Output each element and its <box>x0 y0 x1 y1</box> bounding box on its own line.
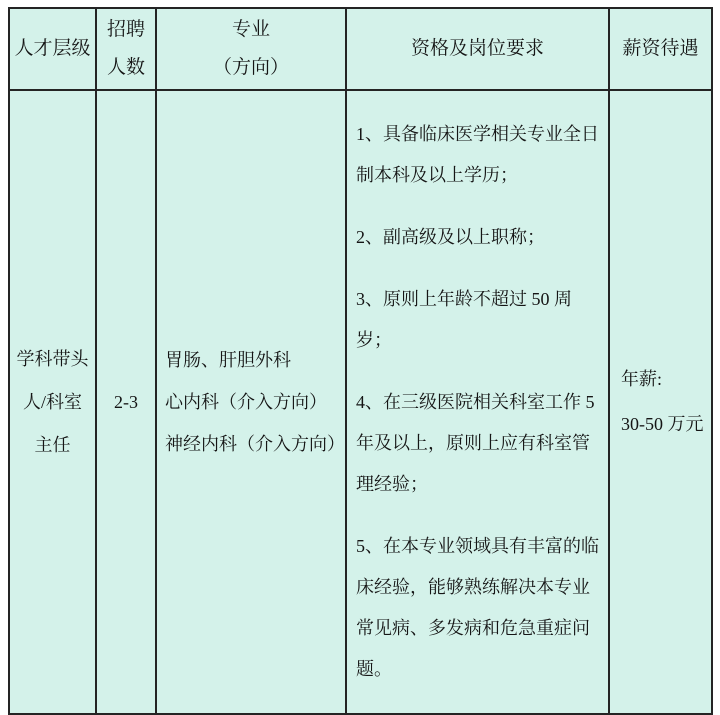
cell-requirements: 1、具备临床医学相关专业全日 制本科及以上学历； 2、副高级及以上职称； 3、原… <box>346 90 609 714</box>
header-cell-requirements: 资格及岗位要求 <box>346 8 609 90</box>
header-cell-talent-level: 人才层级 <box>9 8 96 90</box>
requirement-item-1: 1、具备临床医学相关专业全日 制本科及以上学历； <box>356 114 602 196</box>
requirement-item-5: 5、在本专业领域具有丰富的临 床经验，能够熟练解决本专业 常见病、多发病和危急重… <box>356 526 602 690</box>
header-cell-major: 专业 （方向） <box>156 8 346 90</box>
requirement-item-2: 2、副高级及以上职称； <box>356 217 602 258</box>
header-cell-salary: 薪资待遇 <box>609 8 712 90</box>
recruitment-table: 人才层级 招聘 人数 专业 （方向） 资格及岗位要求 薪资待遇 学科带头 人/科… <box>8 7 713 715</box>
header-cell-recruit-count: 招聘 人数 <box>96 8 156 90</box>
cell-talent-level: 学科带头 人/科室 主任 <box>9 90 96 714</box>
requirement-item-4: 4、在三级医院相关科室工作 5 年及以上，原则上应有科室管 理经验； <box>356 382 602 505</box>
cell-recruit-count: 2-3 <box>96 90 156 714</box>
cell-salary: 年薪: 30-50 万元 <box>609 90 712 714</box>
requirement-item-3: 3、原则上年龄不超过 50 周 岁； <box>356 279 602 361</box>
cell-majors: 胃肠、肝胆外科 心内科（介入方向） 神经内科（介入方向） <box>156 90 346 714</box>
table-header-row: 人才层级 招聘 人数 专业 （方向） 资格及岗位要求 薪资待遇 <box>9 8 712 90</box>
table-row: 学科带头 人/科室 主任 2-3 胃肠、肝胆外科 心内科（介入方向） 神经内科（… <box>9 90 712 714</box>
